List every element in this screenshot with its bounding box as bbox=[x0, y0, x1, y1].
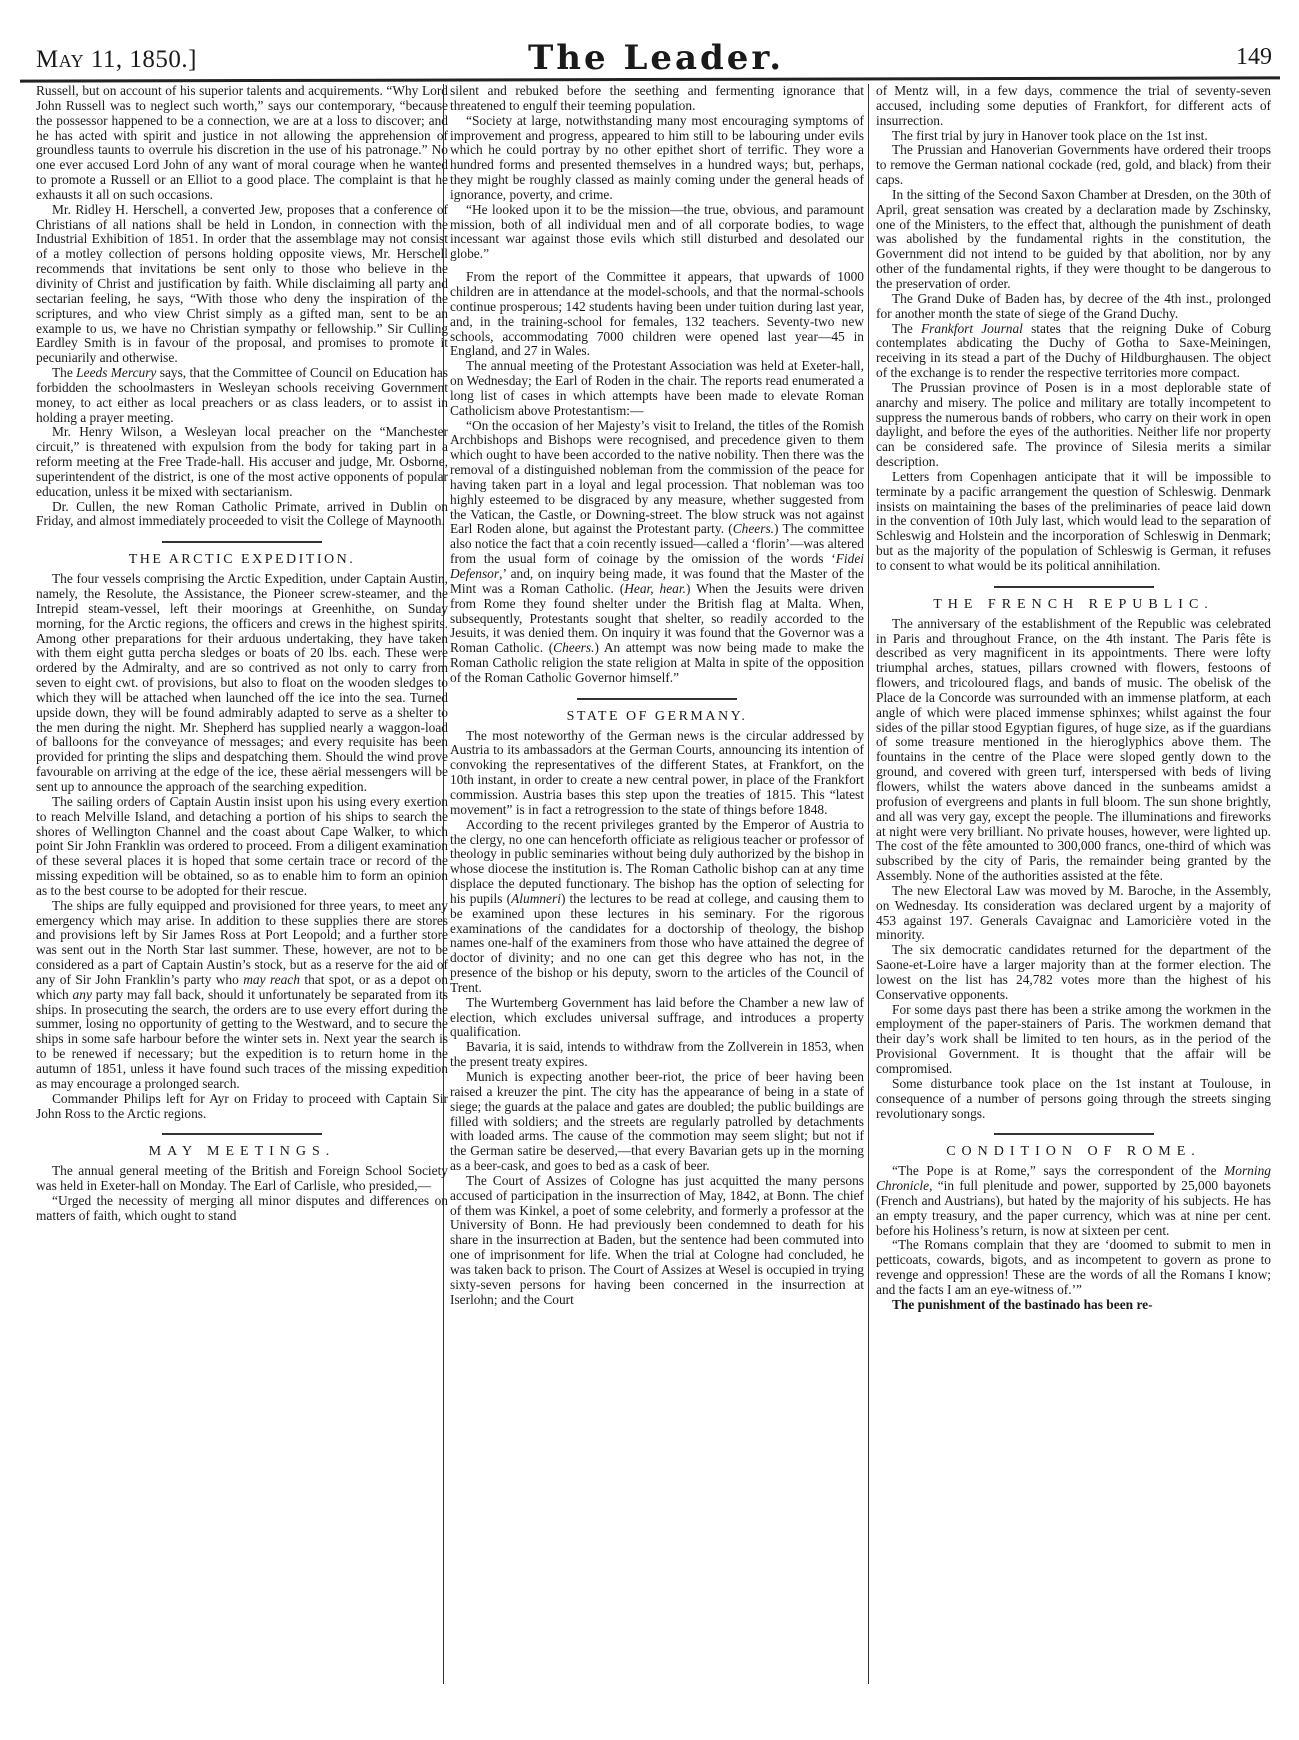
paragraph: The Leeds Mercury says, that the Committ… bbox=[36, 366, 448, 425]
paragraph: Mr. Ridley H. Herschell, a converted Jew… bbox=[36, 203, 448, 366]
paragraph: Letters from Copenhagen anticipate that … bbox=[876, 470, 1271, 574]
paragraph: The Wurtemberg Government has laid befor… bbox=[450, 996, 864, 1041]
quotation: “He looked upon it to be the mission—the… bbox=[450, 203, 864, 262]
paragraph: For some days past there has been a stri… bbox=[876, 1003, 1271, 1077]
publication-name: Leeds Mercury bbox=[76, 365, 156, 380]
paragraph: The Prussian and Hanoverian Governments … bbox=[876, 143, 1271, 188]
quotation: “On the occasion of her Majesty’s visit … bbox=[450, 419, 864, 686]
page-number: 149 bbox=[1236, 44, 1272, 71]
paragraph: silent and rebuked before the seething a… bbox=[450, 84, 864, 114]
section-heading: CONDITION OF ROME. bbox=[876, 1145, 1271, 1160]
paragraph: Bavaria, it is said, intends to withdraw… bbox=[450, 1040, 864, 1070]
paragraph: In the sitting of the Second Saxon Chamb… bbox=[876, 188, 1271, 292]
paragraph: The Prussian province of Posen is in a m… bbox=[876, 381, 1271, 470]
paragraph: According to the recent privileges grant… bbox=[450, 818, 864, 996]
paragraph: The Frankfort Journal states that the re… bbox=[876, 322, 1271, 381]
paragraph: The annual meeting of the Protestant Ass… bbox=[450, 359, 864, 418]
quotation: “Society at large, notwithstanding many … bbox=[450, 114, 864, 203]
paragraph: The ships are fully equipped and provisi… bbox=[36, 899, 448, 1092]
paragraph: The punishment of the bastinado has been… bbox=[876, 1298, 1271, 1313]
paragraph: From the report of the Committee it appe… bbox=[450, 270, 864, 359]
paragraph: Mr. Henry Wilson, a Wesleyan local preac… bbox=[36, 425, 448, 499]
section-divider bbox=[162, 541, 322, 543]
paragraph: Some disturbance took place on the 1st i… bbox=[876, 1077, 1271, 1122]
column-left: Russell, but on account of his superior … bbox=[36, 84, 448, 1224]
paragraph: Russell, but on account of his superior … bbox=[36, 84, 448, 203]
section-heading: THE FRENCH REPUBLIC. bbox=[876, 598, 1271, 613]
paragraph: The first trial by jury in Hanover took … bbox=[876, 129, 1271, 144]
paragraph: of Mentz will, in a few days, commence t… bbox=[876, 84, 1271, 129]
paragraph: The new Electoral Law was moved by M. Ba… bbox=[876, 884, 1271, 943]
paragraph: Munich is expecting another beer-riot, t… bbox=[450, 1070, 864, 1174]
paragraph: The Grand Duke of Baden has, by decree o… bbox=[876, 292, 1271, 322]
section-divider bbox=[994, 586, 1154, 588]
paragraph: The four vessels comprising the Arctic E… bbox=[36, 572, 448, 795]
section-divider bbox=[577, 698, 737, 700]
section-divider bbox=[162, 1133, 322, 1135]
column-divider bbox=[868, 84, 869, 1684]
paragraph: The sailing orders of Captain Austin ins… bbox=[36, 795, 448, 899]
section-heading: MAY MEETINGS. bbox=[36, 1145, 448, 1160]
quotation: “The Romans complain that they are ‘doom… bbox=[876, 1238, 1271, 1297]
section-heading: STATE OF GERMANY. bbox=[450, 710, 864, 725]
paragraph: The six democratic candidates returned f… bbox=[876, 943, 1271, 1002]
section-heading: THE ARCTIC EXPEDITION. bbox=[36, 553, 448, 568]
paragraph: The annual general meeting of the Britis… bbox=[36, 1164, 448, 1194]
paragraph: The anniversary of the establishment of … bbox=[876, 617, 1271, 884]
publication-name: Frankfort Journal bbox=[921, 321, 1023, 336]
paragraph: The most noteworthy of the German news i… bbox=[450, 729, 864, 818]
paragraph: Commander Philips left for Ayr on Friday… bbox=[36, 1092, 448, 1122]
paragraph: “Urged the necessity of merging all mino… bbox=[36, 1194, 448, 1224]
column-right: of Mentz will, in a few days, commence t… bbox=[876, 84, 1271, 1313]
newspaper-masthead: The Leader. bbox=[36, 38, 1276, 78]
paragraph: “The Pope is at Rome,” says the correspo… bbox=[876, 1164, 1271, 1238]
paragraph: Dr. Cullen, the new Roman Catholic Prima… bbox=[36, 500, 448, 530]
section-divider bbox=[994, 1133, 1154, 1135]
column-middle: silent and rebuked before the seething a… bbox=[450, 84, 864, 1308]
paragraph: The Court of Assizes of Cologne has just… bbox=[450, 1174, 864, 1308]
